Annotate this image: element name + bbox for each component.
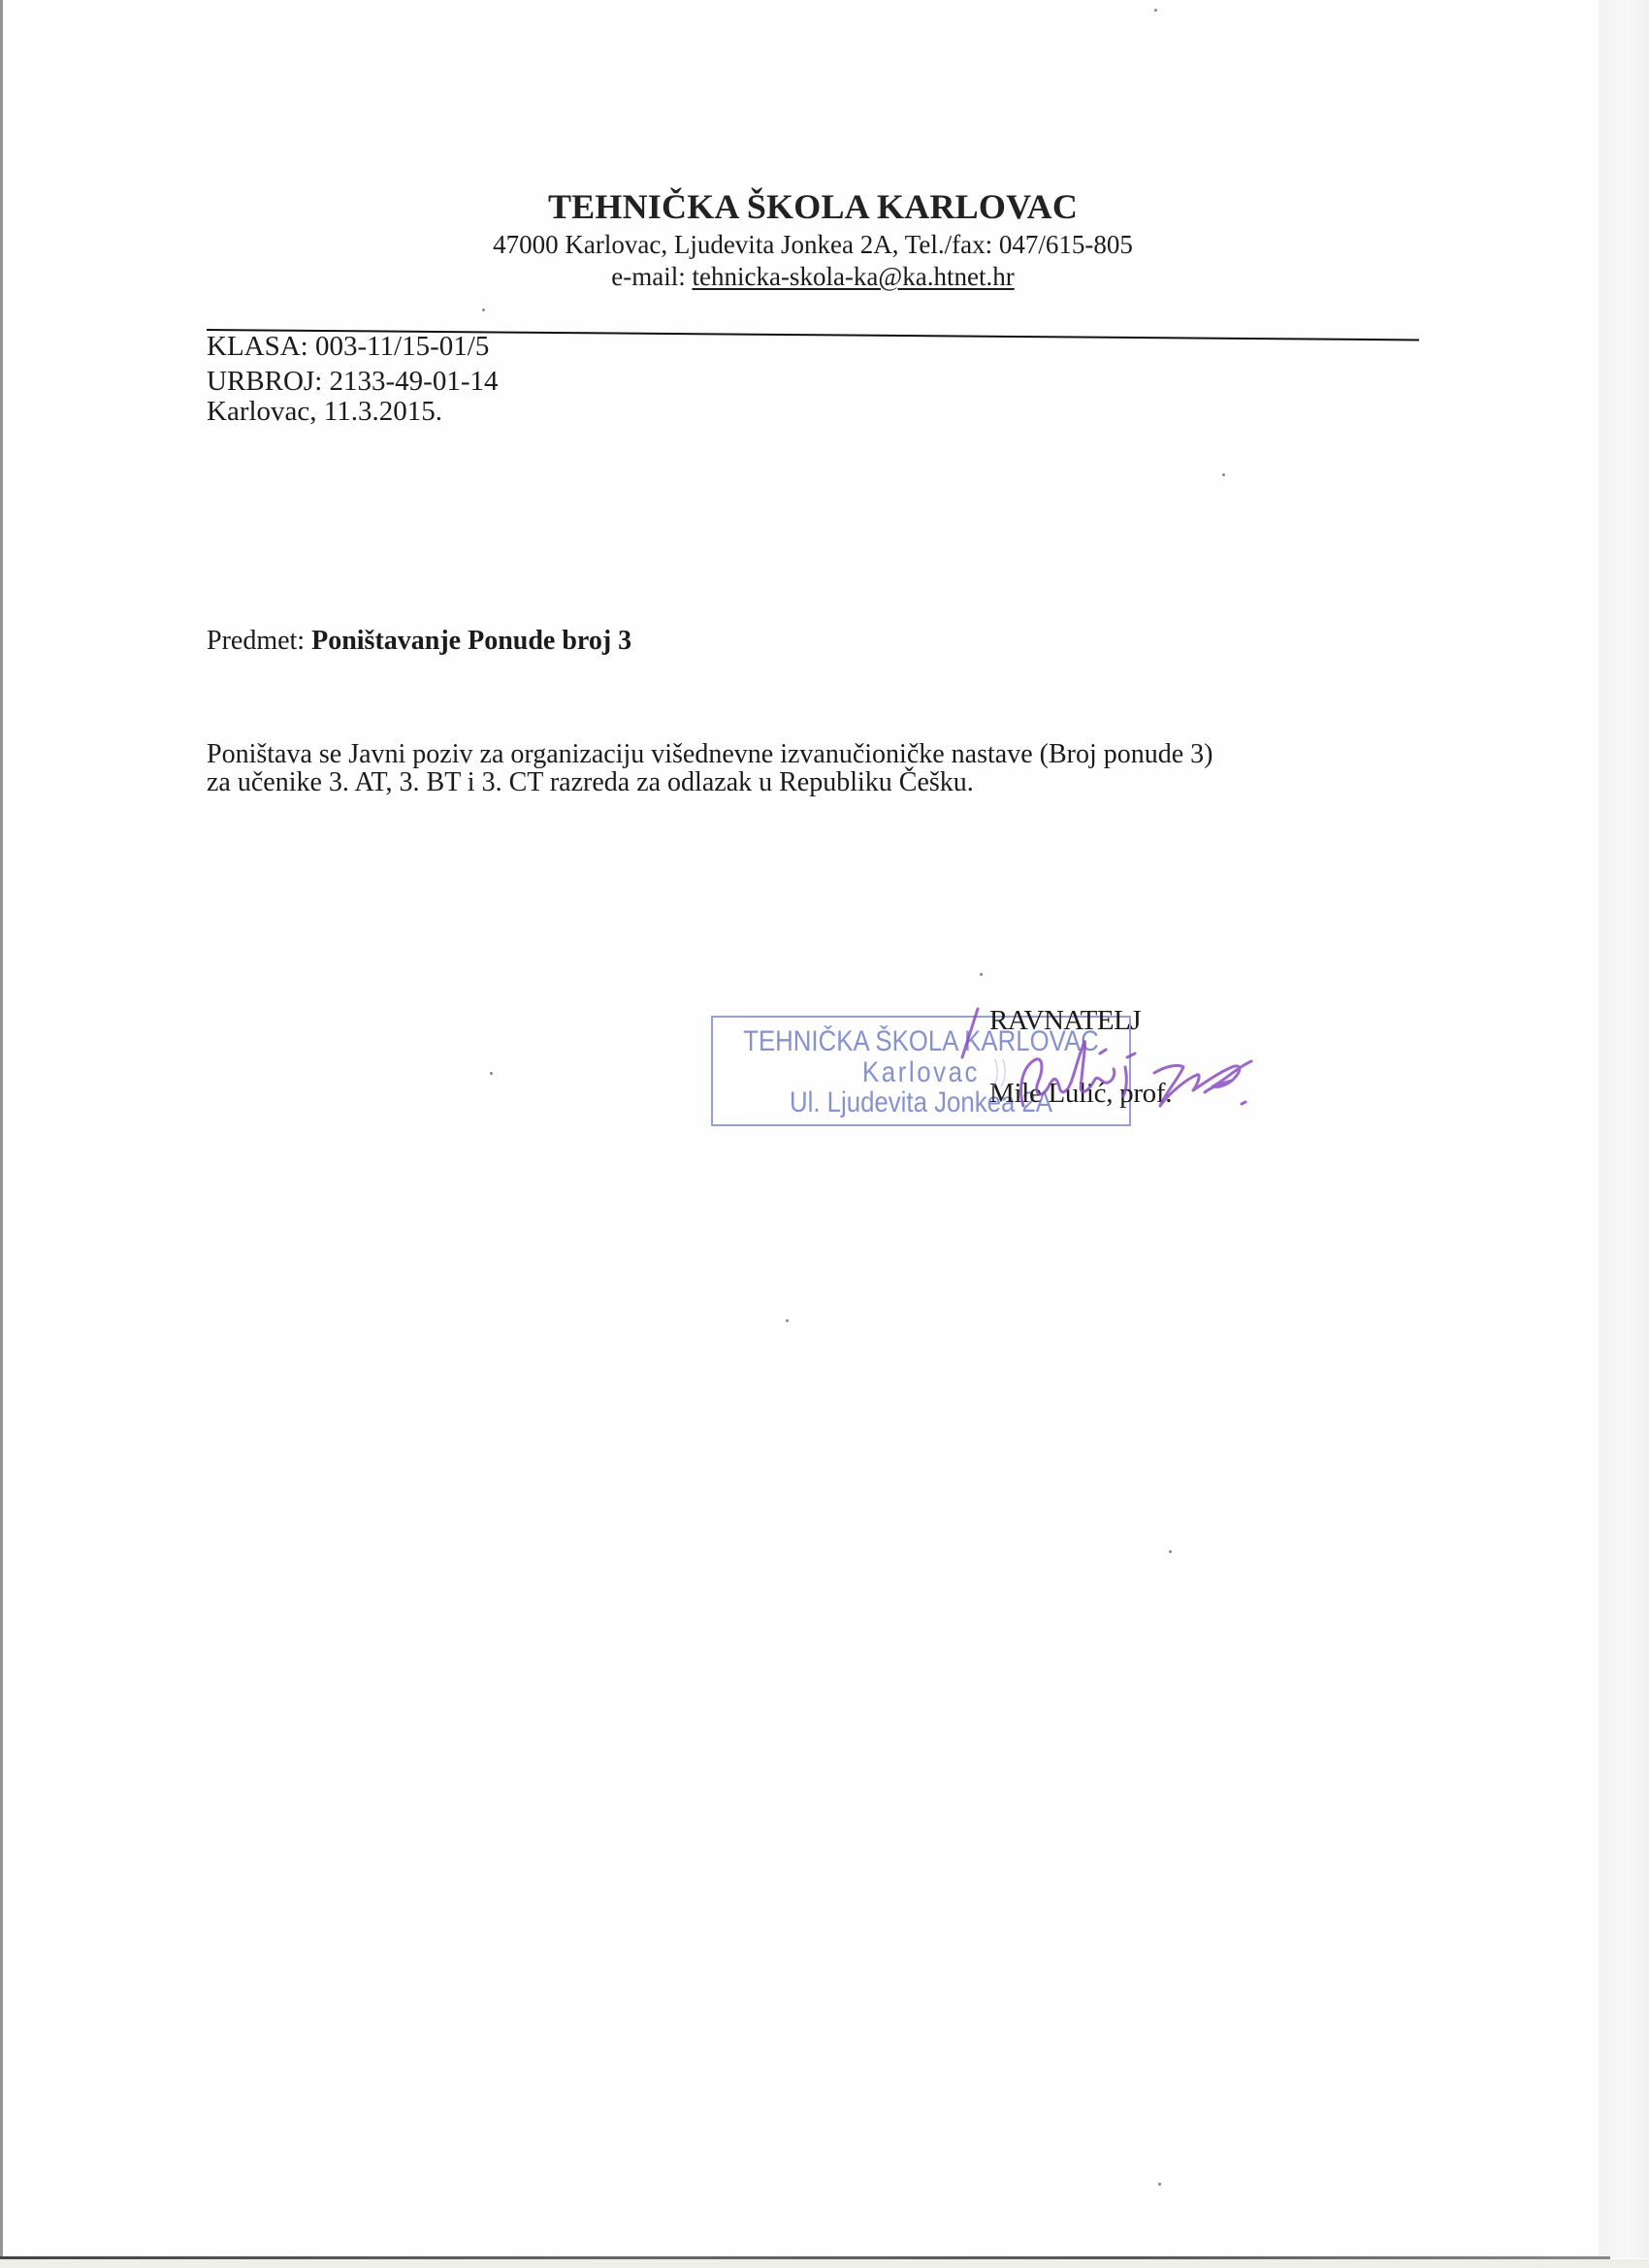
scan-speck	[1158, 2183, 1161, 2186]
scan-speck	[1154, 9, 1157, 12]
school-name-text: TEHNIČKA ŠKOLA KARLOVAC	[548, 186, 1078, 227]
subject-line: Predmet: Poništavanje Ponude broj 3	[207, 626, 631, 657]
scan-speck	[1169, 1550, 1172, 1553]
scan-speck	[980, 973, 983, 976]
letterhead-school-name: TEHNIČKA ŠKOLA KARLOVAC	[0, 186, 1649, 227]
scan-speck	[490, 1072, 493, 1075]
scan-speck	[482, 308, 485, 311]
urbroj-number: URBROJ: 2133-49-01-14	[207, 366, 498, 398]
subject-title: Poništavanje Ponude broj 3	[311, 626, 631, 656]
handwritten-signature	[951, 999, 1271, 1125]
letterhead-address: 47000 Karlovac, Ljudevita Jonkea 2A, Tel…	[0, 230, 1649, 260]
scan-speck	[1222, 473, 1225, 476]
letterhead-email: e-mail: tehnicka-skola-ka@ka.htnet.hr	[0, 262, 1649, 292]
email-link[interactable]: tehnicka-skola-ka@ka.htnet.hr	[692, 262, 1014, 291]
address-text: 47000 Karlovac, Ljudevita Jonkea 2A, Tel…	[493, 230, 1133, 260]
place-and-date: Karlovac, 11.3.2015.	[207, 396, 442, 428]
body-paragraph-line-2: za učenike 3. AT, 3. BT i 3. CT razreda …	[207, 767, 974, 798]
subject-label: Predmet:	[207, 626, 311, 656]
email-line: e-mail: tehnicka-skola-ka@ka.htnet.hr	[611, 262, 1014, 292]
scan-edge-bottom	[0, 2259, 1649, 2268]
scan-edge-right	[1599, 0, 1649, 2258]
email-label: e-mail:	[611, 262, 692, 291]
klasa-number: KLASA: 003-11/15-01/5	[207, 331, 489, 363]
scan-edge-left	[0, 0, 3, 2268]
scan-speck	[786, 1319, 789, 1322]
body-paragraph-line-1: Poništava se Javni poziv za organizaciju…	[207, 739, 1213, 770]
